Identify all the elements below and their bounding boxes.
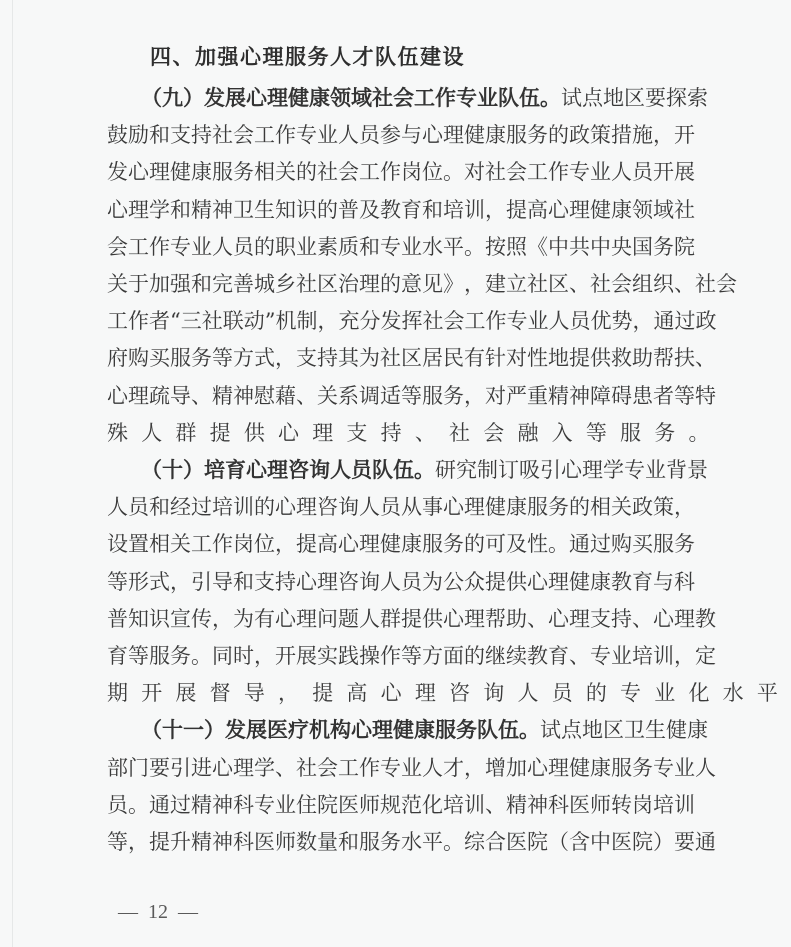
paragraph-2-line: 人员和经过培训的心理咨询人员从事心理健康服务的相关政策，: [107, 492, 691, 522]
paragraph-2-line: 等形式，引导和支持心理咨询人员为公众提供心理健康教育与科: [107, 567, 691, 597]
paragraph-1-line: 会工作专业人员的职业素质和专业水平。按照《中共中央 国务院: [107, 232, 691, 262]
paragraph-2-line: 期开展督导，提高心理咨询人员的专业化水平。: [107, 678, 691, 708]
paragraph-1-line: 府购买服务等方式，支持其为社区居民有针对性地提供救助帮扶、: [107, 343, 691, 373]
paragraph-3-line: 部门要引进心理学、社会工作专业人才，增加心理健康服务专业人: [107, 753, 691, 783]
paragraph-1-line: 发心理健康服务相关的社会工作岗位。对社会工作专业人员开展: [107, 157, 691, 187]
section-heading: 四、加强心理服务人才队伍建设: [150, 42, 465, 72]
paragraph-3-line: （十一）发展医疗机构心理健康服务队伍。试点地区卫生健康: [141, 715, 691, 745]
paragraph-1-line: 关于加强和完善城乡社区治理的意见》，建立社区、社会组织、社会: [107, 269, 691, 299]
document-page: 四、加强心理服务人才队伍建设 （九）发展心理健康领域社会工作专业队伍。试点地区要…: [0, 0, 791, 947]
paragraph-2-line: 普知识宣传，为有心理问题人群提供心理帮助、心理支持、心理教: [107, 604, 691, 634]
paragraph-2-line: 育等服务。同时，开展实践操作等方面的继续教育、专业培训，定: [107, 641, 691, 671]
paragraph-1-line: 殊人群提供心理支持、社会融入等服务。: [107, 418, 691, 448]
paragraph-1-line: （九）发展心理健康领域社会工作专业队伍。试点地区要探索: [141, 83, 691, 113]
paragraph-3-line: 员。通过精神科专业住院医师规范化培训、精神科医师转岗培训: [107, 790, 691, 820]
paragraph-1-line: 心理疏导、精神慰藉、关系调适等服务，对严重精神障碍患者等特: [107, 381, 691, 411]
page-number: — 12 —: [118, 898, 198, 926]
paragraph-3-line: 等，提升精神科医师数量和服务水平。综合医院（含中医院）要通: [107, 827, 691, 857]
paragraph-2-line: 设置相关工作岗位，提高心理健康服务的可及性。通过购买服务: [107, 529, 691, 559]
paragraph-1-line: 工作者“三社联动”机制，充分发挥社会工作专业人员优势，通过政: [107, 306, 691, 336]
paragraph-1-line: 心理学和精神卫生知识的普及教育和培训，提高心理健康领域社: [107, 195, 691, 225]
paragraph-1-line: 鼓励和支持社会工作专业人员参与心理健康服务的政策措施，开: [107, 120, 691, 150]
paragraph-2-line: （十）培育心理咨询人员队伍。研究制订吸引心理学专业背景: [141, 455, 691, 485]
